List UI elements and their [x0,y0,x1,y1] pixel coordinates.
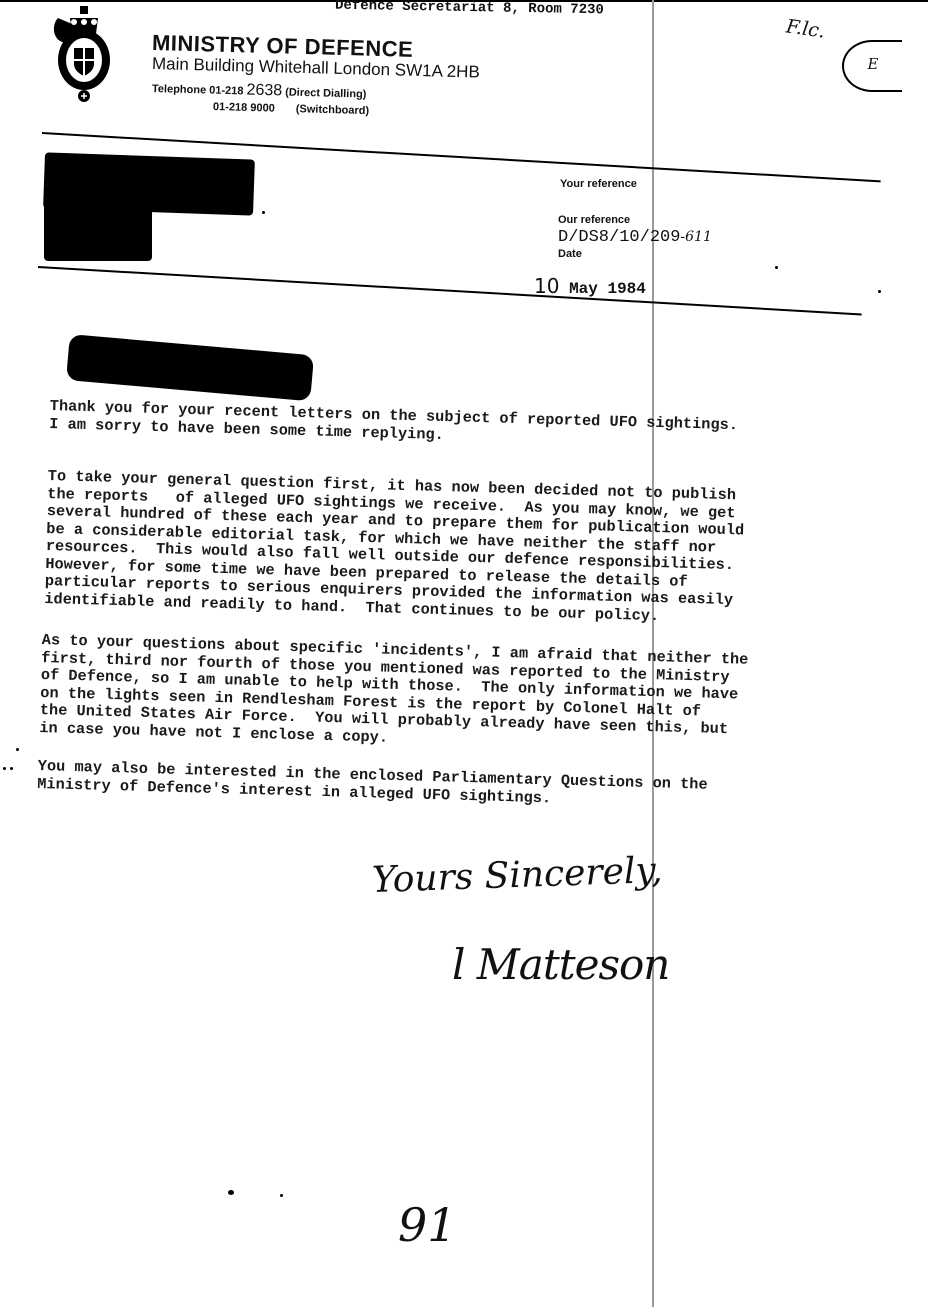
royal-crest-icon [50,4,120,104]
scan-speck [3,767,6,770]
signature: l Matteson [452,940,669,989]
header-rule-bottom [38,266,862,315]
direct-number: 2638 [246,81,282,99]
enclosure-mark: E [842,40,902,92]
paragraph-lines: To take your general question first, it … [44,468,828,630]
section-header: Defence Secretariat 8, Room 7230 [335,0,604,18]
paragraph-lines: Thank you for your recent letters on the… [49,398,830,455]
switchboard-number: 01-218 9000 [213,101,275,115]
telephone-direct: Telephone 01-218 2638 (Direct Dialling) [152,79,367,103]
salutation-redacted [66,334,314,401]
scan-speck [878,290,881,293]
our-reference-handwritten: -611 [680,229,711,245]
your-reference-label: Your reference [560,178,637,190]
scan-speck [262,211,265,214]
handwritten-file-note: F.lc. [785,15,827,42]
switchboard-note: (Switchboard) [296,103,370,117]
date-label: Date [558,248,582,260]
date-day-handwritten: 10 [534,274,559,298]
our-reference-label: Our reference [558,214,630,226]
our-reference-value: D/DS8/10/209-611 [558,228,712,247]
paragraph-lines: As to your questions about specific 'inc… [39,632,822,759]
telephone-label: Telephone 01-218 [152,83,244,97]
letter-date: 10 May 1984 [534,274,646,298]
scan-speck [228,1190,234,1195]
telephone-switchboard: 01-218 9000 (Switchboard) [213,101,369,117]
paragraph-2: To take your general question first, it … [44,468,828,647]
scan-speck [280,1194,283,1197]
date-month-year: May 1984 [569,280,646,298]
closing: Yours Sincerely, [371,850,663,901]
scan-speck [10,767,13,770]
scan-speck [16,748,19,751]
paragraph-1: Thank you for your recent letters on the… [49,398,830,472]
recipient-address-redacted-part [44,195,152,261]
scan-speck [775,266,778,269]
folio-number: 91 [398,1198,457,1252]
our-reference-typed: D/DS8/10/209 [558,228,680,247]
direct-note: (Direct Dialling) [285,86,367,100]
organisation-address: Main Building Whitehall London SW1A 2HB [152,54,480,83]
paragraph-3: As to your questions about specific 'inc… [39,632,822,776]
